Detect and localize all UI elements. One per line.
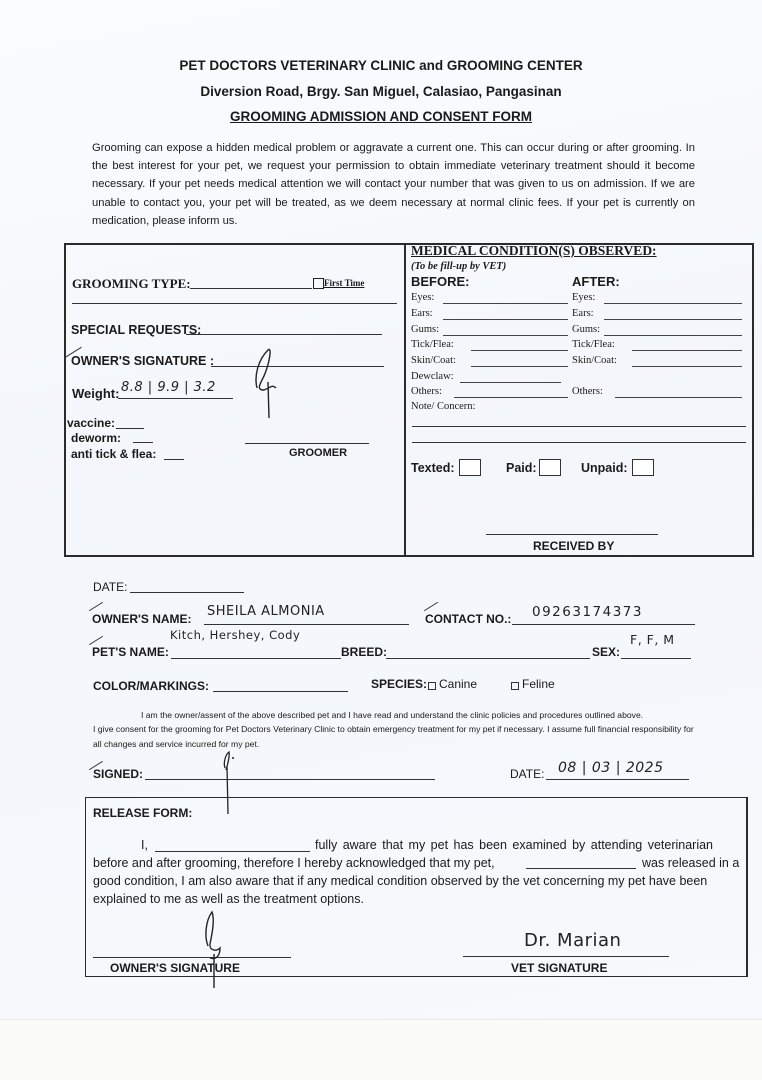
release-text-prefix: I, — [141, 838, 148, 852]
before-condition-label: Ears: — [411, 308, 433, 319]
vaccine-field[interactable] — [116, 428, 144, 429]
received-by-label: RECEIVED BY — [533, 539, 614, 553]
unpaid-label: Unpaid: — [581, 461, 628, 475]
owner-name-value: SHEILA ALMONIA — [207, 604, 325, 619]
pets-name-field[interactable] — [171, 658, 341, 659]
texted-label: Texted: — [411, 461, 455, 475]
clinic-address: Diversion Road, Brgy. San Miguel, Calasi… — [0, 84, 762, 99]
color-markings-label: COLOR/MARKINGS: — [93, 679, 209, 693]
after-condition-field[interactable] — [604, 303, 742, 304]
date-label: DATE: — [93, 580, 127, 594]
release-text-line3: good condition, I am also aware that if … — [93, 874, 707, 888]
before-condition-field[interactable] — [471, 366, 568, 367]
owner-name-label: OWNER'S NAME: — [92, 612, 192, 626]
before-condition-field[interactable] — [443, 335, 568, 336]
release-pet-name-field[interactable] — [526, 868, 636, 869]
vet-signature-value: Dr. Marian — [524, 930, 621, 951]
breed-label: BREED: — [341, 645, 387, 659]
canine-checkbox[interactable] — [428, 682, 436, 690]
after-condition-field[interactable] — [632, 366, 742, 367]
after-condition-label: Tick/Flea: — [572, 339, 615, 350]
unpaid-checkbox[interactable] — [632, 459, 654, 476]
consent-date-label: DATE: — [510, 767, 544, 781]
deworm-field[interactable] — [133, 442, 153, 443]
grooming-type-line-2[interactable] — [72, 303, 397, 304]
clinic-name: PET DOCTORS VETERINARY CLINIC and GROOMI… — [0, 58, 762, 73]
grooming-type-label: GROOMING TYPE: — [72, 276, 191, 292]
before-condition-field[interactable] — [471, 350, 568, 351]
consent-date-value: 08 | 03 | 2025 — [558, 760, 664, 776]
weight-label: Weight: — [72, 386, 119, 401]
grooming-type-field[interactable] — [190, 288, 312, 289]
after-condition-label: Gums: — [572, 324, 600, 335]
sex-field[interactable] — [621, 658, 691, 659]
first-time-label: First Time — [324, 278, 364, 288]
groomer-label: GROOMER — [289, 447, 347, 459]
owner-signature-icon — [240, 338, 290, 428]
before-condition-label: Tick/Flea: — [411, 339, 454, 350]
color-markings-field[interactable] — [213, 691, 348, 692]
consent-date-field[interactable] — [546, 779, 689, 780]
box-divider — [404, 243, 406, 556]
weight-field[interactable] — [118, 398, 233, 399]
release-owner-signature-label: OWNER'S SIGNATURE — [110, 961, 240, 975]
release-text-line1: fully aware that my pet has been examine… — [315, 838, 713, 852]
background-surface — [0, 1019, 762, 1080]
pets-name-label: PET'S NAME: — [92, 645, 169, 659]
before-condition-label: Dewclaw: — [411, 371, 454, 382]
release-text-line2-end: was released in a — [642, 856, 739, 870]
before-condition-field[interactable] — [460, 382, 561, 383]
paid-label: Paid: — [506, 461, 537, 475]
before-label: BEFORE: — [411, 274, 470, 289]
contact-no-value: 09263174373 — [532, 604, 643, 620]
release-owner-signature-line[interactable] — [93, 957, 291, 958]
before-condition-label: Others: — [411, 386, 442, 397]
release-text-line4: explained to me as well as the treatment… — [93, 892, 364, 906]
contact-no-field[interactable] — [512, 624, 695, 625]
anti-tick-flea-field[interactable] — [164, 459, 184, 460]
after-condition-label: Eyes: — [572, 292, 595, 303]
before-condition-label: Skin/Coat: — [411, 355, 456, 366]
intro-paragraph: Grooming can expose a hidden medical pro… — [92, 139, 695, 230]
after-condition-label: Ears: — [572, 308, 594, 319]
sex-value: F, F, M — [630, 632, 675, 647]
weight-value: 8.8 | 9.9 | 3.2 — [121, 380, 216, 395]
release-owner-signature-icon — [196, 908, 230, 990]
sex-label: SEX: — [592, 645, 620, 659]
after-condition-field[interactable] — [632, 350, 742, 351]
consent-text: I give consent for the grooming for Pet … — [93, 722, 698, 751]
signed-field[interactable] — [145, 779, 435, 780]
texted-checkbox[interactable] — [459, 459, 481, 476]
note-concern-label: Note/ Concern: — [411, 401, 475, 412]
medical-condition-title: MEDICAL CONDITION(S) OBSERVED: — [411, 243, 657, 259]
form-title: GROOMING ADMISSION AND CONSENT FORM — [0, 109, 762, 124]
before-condition-label: Gums: — [411, 324, 439, 335]
canine-label: Canine — [439, 677, 477, 691]
vet-signature-line[interactable] — [463, 956, 669, 957]
special-requests-label: SPECIAL REQUESTS: — [71, 323, 201, 337]
after-label: AFTER: — [572, 274, 620, 289]
before-condition-field[interactable] — [443, 303, 568, 304]
vaccine-label: vaccine: — [67, 416, 115, 430]
vet-signature-label: VET SIGNATURE — [511, 961, 607, 975]
breed-field[interactable] — [386, 658, 590, 659]
before-condition-field[interactable] — [443, 319, 568, 320]
groomer-signature-line[interactable] — [245, 443, 369, 444]
deworm-label: deworm: — [71, 431, 121, 445]
received-by-line[interactable] — [486, 534, 658, 535]
before-condition-field[interactable] — [454, 397, 568, 398]
after-condition-field[interactable] — [615, 397, 742, 398]
first-time-checkbox[interactable] — [313, 278, 324, 289]
feline-label: Feline — [522, 677, 555, 691]
after-condition-label: Skin/Coat: — [572, 355, 617, 366]
signed-label: SIGNED: — [93, 767, 143, 781]
special-requests-field[interactable] — [186, 334, 382, 335]
owner-signature-label: OWNER'S SIGNATURE : — [71, 354, 214, 368]
paid-checkbox[interactable] — [539, 459, 561, 476]
consent-text-line1: I am the owner/assent of the above descr… — [141, 708, 643, 723]
after-condition-label: Others: — [572, 386, 603, 397]
after-condition-field[interactable] — [604, 319, 742, 320]
vet-subtitle: (To be fill-up by VET) — [411, 261, 506, 272]
note-line-2[interactable] — [412, 442, 746, 443]
pets-name-value: Kitch, Hershey, Cody — [170, 628, 300, 642]
after-condition-field[interactable] — [604, 335, 742, 336]
release-owner-name-field[interactable] — [155, 851, 310, 852]
species-label: SPECIES: — [371, 677, 427, 691]
date-field[interactable] — [130, 592, 244, 593]
feline-checkbox[interactable] — [511, 682, 519, 690]
owner-name-field[interactable] — [204, 624, 409, 625]
owner-signature-field[interactable] — [211, 366, 384, 367]
release-text-line2: before and after grooming, therefore I h… — [93, 856, 495, 870]
release-form-title: RELEASE FORM: — [93, 806, 192, 820]
before-condition-label: Eyes: — [411, 292, 434, 303]
anti-tick-flea-label: anti tick & flea: — [71, 447, 156, 461]
note-line-1[interactable] — [412, 426, 746, 427]
contact-no-label: CONTACT NO.: — [425, 612, 511, 626]
